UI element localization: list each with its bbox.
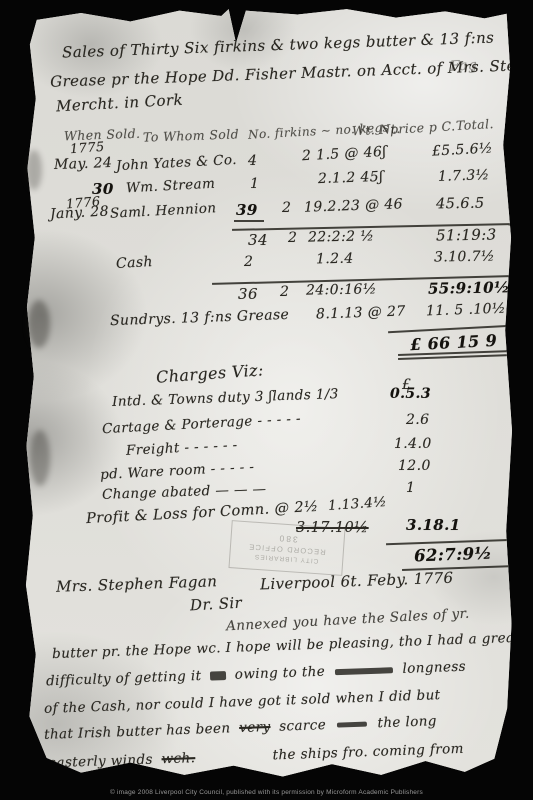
row1-name: John Yates & Co.	[116, 152, 238, 174]
letter-line-2: butter pr. the Hope wc. I hope will be p…	[52, 630, 515, 662]
charge-change-label: Change abated — — —	[102, 481, 267, 503]
row1-date: May. 24	[54, 155, 113, 173]
row3-kegs: 2	[282, 200, 291, 216]
charge-wareroom-label: pd. Ware room - - - - -	[100, 459, 255, 483]
row2-firkins: 1	[250, 176, 259, 192]
letter-line-3: difficulty of getting it owing to the lo…	[46, 659, 466, 690]
scribbled-out-word	[335, 667, 393, 675]
ink-blot	[210, 671, 226, 681]
row3-name: Saml. Hennion	[110, 200, 217, 222]
charge-cartage-label: Cartage & Porterage - - - - -	[102, 411, 302, 437]
col-header-total: Total.	[456, 116, 494, 133]
letter-line-6: easterly winds wch. the ships fro. comin…	[48, 741, 464, 772]
sundrys-label: Sundrys. 13 f:ns Grease	[110, 307, 290, 329]
cash-weight: 1.2.4	[316, 251, 354, 268]
subtotal1-kegs: 2	[288, 230, 297, 246]
cash-total: 3.10.7½	[434, 248, 495, 265]
letter-line-5b: scarce	[279, 717, 326, 735]
record-office-stamp: CITY LIBRARIES RECORD OFFICE 380	[228, 520, 345, 576]
sundrys-total: 11. 5 .10½	[426, 301, 506, 320]
scanned-document: Sales of Thirty Six firkins & two kegs b…	[0, 0, 533, 800]
letter-line-5-struck-word: very	[239, 719, 271, 736]
subtotal2-weight: 24:0:16½	[306, 281, 377, 298]
letter-addressee: Mrs. Stephen Fagan	[56, 572, 218, 596]
manuscript-paper: Sales of Thirty Six firkins & two kegs b…	[22, 6, 514, 778]
subtotal1-total: 51:19:3	[436, 225, 497, 244]
subtotal2-kegs: 2	[280, 284, 289, 300]
charge-change-value: 1	[406, 480, 415, 496]
subtotal1-weight: 22:2:2 ½	[308, 228, 375, 245]
row1-total: £5.5.6½	[432, 140, 494, 159]
letter-dateline: Liverpool 6t. Feby. 1776	[260, 569, 454, 594]
edge-stain-2	[30, 430, 50, 486]
col-header-to-whom-sold: To Whom Sold	[143, 126, 239, 144]
sum-rule-4	[386, 539, 514, 545]
charge-freight-value: 1.4.0	[394, 436, 432, 452]
letter-line-3a: difficulty of getting it	[46, 668, 202, 689]
charges-title: Charges Viz:	[155, 360, 264, 386]
letter-line-1: Annexed you have the Sales of yr.	[226, 606, 470, 635]
charge-cartage-value: 2.6	[406, 412, 429, 428]
underline-39	[234, 220, 264, 222]
subtotal1-firkins: 34	[248, 231, 268, 249]
row1-weight-price: 2 1.5 @ 46ʃ	[302, 144, 387, 164]
title-line-3: Mercht. in Cork	[56, 91, 184, 116]
subtotal2-firkins: 36	[238, 285, 258, 303]
paper-damage-gap	[204, 760, 268, 762]
row3-weight-price: 19.2.23 @ 46	[304, 196, 403, 215]
letter-line-4: of the Cash, nor could I have got it sol…	[44, 687, 441, 717]
letter-line-6a: easterly winds	[48, 752, 153, 772]
row3-date: Jany. 28	[50, 203, 110, 222]
letter-line-5c: the long	[377, 713, 437, 731]
letter-line-5a: that Irish butter has been	[44, 720, 231, 742]
charge-wareroom-value: 12.0	[398, 458, 431, 474]
sundrys-weight-price: 8.1.13 @ 27	[316, 303, 406, 322]
cash-label: Cash	[116, 254, 154, 272]
copyright-caption: © image 2008 Liverpool City Council, pub…	[0, 789, 533, 796]
profit-loss-above-value: 1.13.4½	[328, 494, 388, 514]
letter-line-3b: owing to the	[235, 664, 326, 683]
charge-duty-value: 0.5.3	[390, 386, 431, 402]
cash-firkins: 2	[244, 254, 253, 270]
title-line-1: Sales of Thirty Six firkins & two kegs b…	[62, 28, 495, 61]
letter-line-6-struck-word: wch.	[161, 750, 195, 767]
letter-line-5: that Irish butter has been very scarce t…	[44, 713, 437, 743]
row3-total: 45.6.5	[436, 196, 485, 213]
letter-line-6b: the ships fro. coming from	[272, 741, 464, 764]
charge-duty-label: Intd. & Towns duty 3 ʃlands 1/3	[112, 386, 339, 410]
edge-stain-3	[26, 150, 42, 190]
row1-firkins: 4	[248, 153, 257, 169]
row2-weight-price: 2.1.2 45ʃ	[318, 169, 384, 187]
subtotal2-total: 55:9:10½	[428, 278, 510, 297]
scribbled-out-word-2	[337, 722, 367, 728]
net-total: 62:7:9½	[414, 544, 493, 566]
charge-freight-label: Freight - - - - - -	[126, 437, 238, 459]
row2-total: 1.7.3½	[438, 167, 490, 185]
edge-stain-1	[28, 300, 50, 348]
profit-loss-corrected-value: 3.18.1	[406, 516, 461, 534]
row3-firkins: 39	[236, 201, 258, 219]
title-line-2-faded: Fag	[450, 57, 478, 74]
letter-line-3c: longness	[402, 659, 466, 677]
letter-salutation: Dr. Sir	[190, 594, 243, 615]
row2-name: Wm. Stream	[126, 176, 216, 197]
col-header-price: price p C.	[390, 118, 456, 136]
